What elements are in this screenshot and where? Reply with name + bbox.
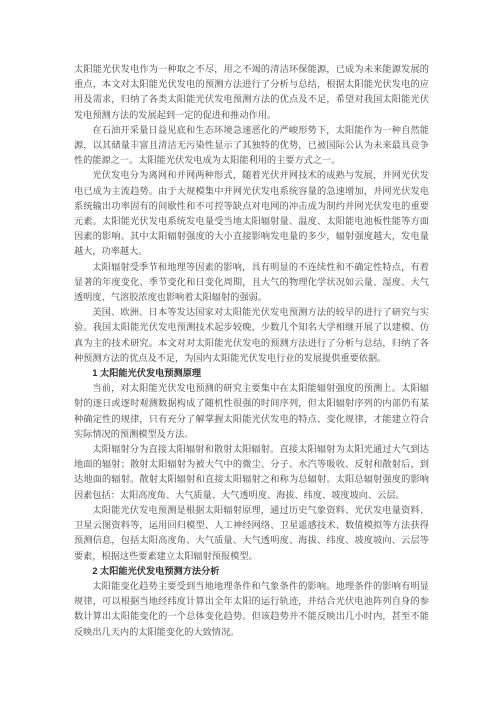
document-page: 太阳能光伏发电作为一种取之不尽，用之不竭的清洁环保能源，已成为未来能源发展的重点… — [0, 0, 500, 707]
paragraph-radiation-types: 太阳辐射分为直接太阳辐射和散射太阳辐射。直接太阳辐射为太阳光通过大气到达地面的辐… — [74, 442, 429, 503]
heading-section-1-prediction-principle: 1 太阳能光伏发电预测原理 — [74, 366, 429, 381]
paragraph-research-status: 美国、欧洲、日本等发达国家对太阳能光伏发电预测方法的较早的进行了研究与实验。我国… — [74, 305, 429, 366]
paragraph-solar-radiation-variability: 太阳辐射受季节和地理等因素的影响，具有明显的不连续性和不确定性特点，有着显著的年… — [74, 260, 429, 306]
paragraph-prediction-research-focus: 当前，对太阳能光伏发电预测的研究主要集中在太阳能辐射强度的预测上。太阳辐射的逐日… — [74, 381, 429, 442]
document-body: 太阳能光伏发电作为一种取之不尽，用之不竭的清洁环保能源，已成为未来能源发展的重点… — [74, 62, 429, 640]
paragraph-intro: 太阳能光伏发电作为一种取之不尽，用之不竭的清洁环保能源，已成为未来能源发展的重点… — [74, 62, 429, 123]
paragraph-prediction-model-elements: 太阳能光伏发电预测是根据太阳辐射原理，通过历史气象资料、光伏发电量资料、卫星云图… — [74, 503, 429, 564]
heading-section-2-method-analysis: 2 太阳能光伏发电预测方法分析 — [74, 564, 429, 579]
paragraph-background: 在石油开采量日益见底和生态环境急速恶化的严峻形势下，太阳能作为一种自然能源，以其… — [74, 123, 429, 169]
paragraph-method-analysis: 太阳能变化趋势主要受到当地地理条件和气象条件的影响。地理条件的影响有明显规律，可… — [74, 579, 429, 640]
paragraph-grid-pv: 光伏发电分为离网和并网两种形式，随着光伏并网技术的成熟与发展，并网光伏发电已成为… — [74, 168, 429, 259]
